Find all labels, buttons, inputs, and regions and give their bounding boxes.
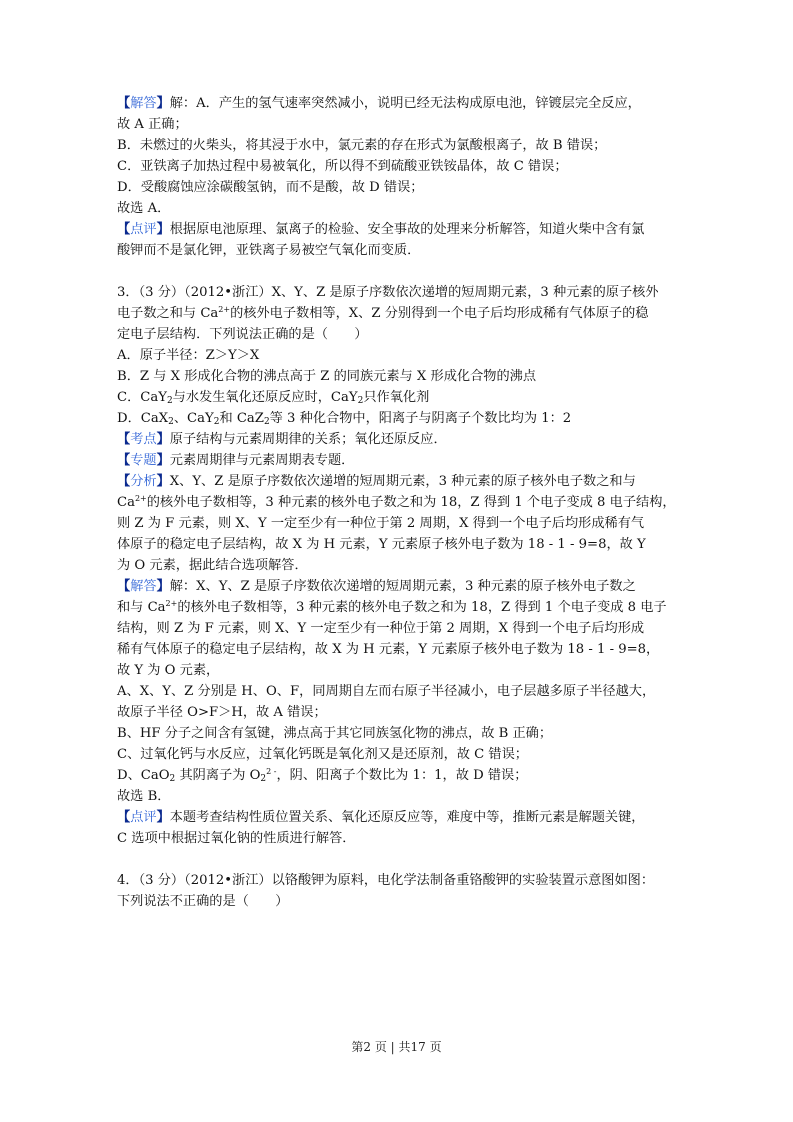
q3-answer-line: 稀有气体原子的稳定电子层结构，故 X 为 H 元素，Y 元素原子核外电子数为 1… [117, 639, 677, 660]
q3-option-b: B．Z 与 X 形成化合物的沸点高于 Z 的同族元素与 X 形成化合物的沸点 [117, 366, 677, 387]
answer-tag: 【解答】 [117, 96, 170, 111]
document-page: 【解答】解：A．产生的氢气速率突然减小，说明已经无法构成原电池，锌镀层完全反应，… [117, 93, 677, 912]
q3-stem-line: 3．（3 分）（2012•浙江）X、Y、Z 是原子序数依次递增的短周期元素，3 … [117, 282, 677, 303]
q3-answer-line: 和与 Ca2+的核外电子数相等，3 种元素的核外电子数之和为 18，Z 得到 1… [117, 597, 677, 618]
analysis-tag: 【分析】 [117, 474, 170, 489]
q3-answer-line: 故 Y 为 O 元素， [117, 660, 677, 681]
q3-stem-line: 电子数之和与 Ca2+的核外电子数相等，X、Z 分别得到一个电子后均形成稀有气体… [117, 303, 677, 324]
comment-tag: 【点评】 [117, 222, 170, 237]
q3-answer-line: 【解答】解：X、Y、Z 是原子序数依次递增的短周期元素，3 种元素的原子核外电子… [117, 576, 677, 597]
q3-analysis-line: 为 O 元素，据此结合选项解答． [117, 555, 677, 576]
q2-comment-line: 【点评】根据原电池原理、氯离子的检验、安全事故的处理来分析解答，知道火柴中含有氯 [117, 219, 677, 240]
q3-kaodian: 【考点】原子结构与元素周期律的关系；氧化还原反应． [117, 429, 677, 450]
zhuanti-tag: 【专题】 [117, 453, 170, 468]
q3-option-a: A．原子半径：Z＞Y＞X [117, 345, 677, 366]
q3-option-c: C．CaY2与水发生氧化还原反应时，CaY2只作氧化剂 [117, 387, 677, 408]
q3-answer-line: C、过氧化钙与水反应，过氧化钙既是氧化剂又是还原剂，故 C 错误； [117, 744, 677, 765]
q3-analysis-line: 【分析】X、Y、Z 是原子序数依次递增的短周期元素，3 种元素的原子核外电子数之… [117, 471, 677, 492]
q2-comment-line: 酸钾而不是氯化钾，亚铁离子易被空气氧化而变质． [117, 240, 677, 261]
q4-stem-line: 下列说法不正确的是（ ） [117, 891, 677, 912]
q3-analysis-line: 则 Z 为 F 元素，则 X、Y 一定至少有一种位于第 2 周期，X 得到一个电… [117, 513, 677, 534]
q2-answer-line: D．受酸腐蚀应涂碳酸氢钠，而不是酸，故 D 错误； [117, 177, 677, 198]
q3-zhuanti: 【专题】元素周期律与元素周期表专题． [117, 450, 677, 471]
q3-stem-line: 定电子层结构．下列说法正确的是（ ） [117, 324, 677, 345]
q2-answer-line: 【解答】解：A．产生的氢气速率突然减小，说明已经无法构成原电池，锌镀层完全反应， [117, 93, 677, 114]
q3-answer-line: B、HF 分子之间含有氢键，沸点高于其它同族氢化物的沸点，故 B 正确； [117, 723, 677, 744]
q3-comment-line: C 选项中根据过氧化钠的性质进行解答． [117, 828, 677, 849]
q3-comment-line: 【点评】本题考查结构性质位置关系、氧化还原反应等，难度中等，推断元素是解题关键， [117, 807, 677, 828]
q3-analysis-line: Ca2+的核外电子数相等，3 种元素的核外电子数之和为 18，Z 得到 1 个电… [117, 492, 677, 513]
q3-answer-line: A、X、Y、Z 分别是 H、O、F，同周期自左而右原子半径减小，电子层越多原子半… [117, 681, 677, 702]
q2-answer-line: 故 A 正确； [117, 114, 677, 135]
q3-answer-line: 结构，则 Z 为 F 元素，则 X、Y 一定至少有一种位于第 2 周期，X 得到… [117, 618, 677, 639]
comment-tag: 【点评】 [117, 810, 170, 825]
q3-analysis-line: 体原子的稳定电子层结构，故 X 为 H 元素，Y 元素原子核外电子数为 18 -… [117, 534, 677, 555]
q2-answer-line: B．未燃过的火柴头，将其浸于水中，氯元素的存在形式为氯酸根离子，故 B 错误； [117, 135, 677, 156]
kaodian-tag: 【考点】 [117, 432, 170, 447]
q4-stem-line: 4．（3 分）（2012•浙江）以铬酸钾为原料，电化学法制备重铬酸钾的实验装置示… [117, 870, 677, 891]
q2-answer-line: C．亚铁离子加热过程中易被氧化，所以得不到硫酸亚铁铵晶体，故 C 错误； [117, 156, 677, 177]
q3-answer-line: 故选 B． [117, 786, 677, 807]
q2-answer-line: 故选 A． [117, 198, 677, 219]
answer-tag: 【解答】 [117, 579, 170, 594]
q3-answer-line: D、CaO2 其阴离子为 O22 -，阴、阳离子个数比为 1：1，故 D 错误； [117, 765, 677, 786]
q3-answer-line: 故原子半径 O>F＞H，故 A 错误； [117, 702, 677, 723]
q3-option-d: D．CaX2、CaY2和 CaZ2等 3 种化合物中，阳离子与阴离子个数比均为 … [117, 408, 677, 429]
page-footer: 第2 页 | 共17 页 [0, 1038, 793, 1055]
